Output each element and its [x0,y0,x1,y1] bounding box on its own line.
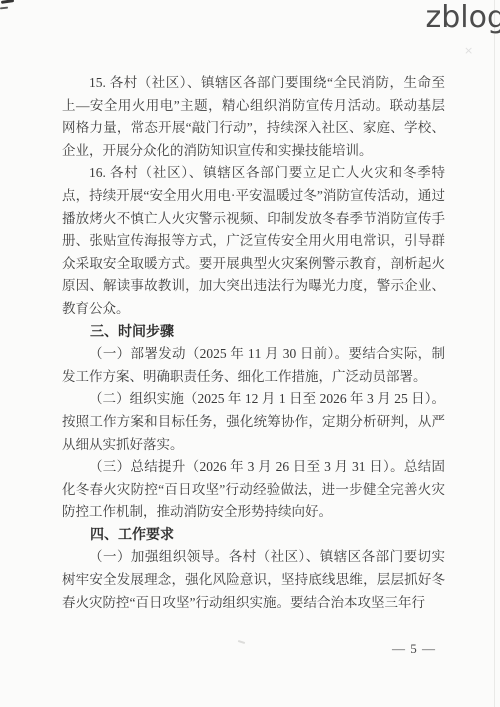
phase-1-lead: （一）部署发动（2025 年 11 月 30 日前）。 [89,346,349,361]
scanned-document-page: × zblog 15. 各村（社区）、镇辖区各部门要围绕“全民消防，生命至上—安… [0,0,500,707]
document-body: 15. 各村（社区）、镇辖区各部门要围绕“全民消防，生命至上—安全用火用电”主题… [62,72,445,614]
paragraph-phase-1: （一）部署发动（2025 年 11 月 30 日前）。要结合实际，制发工作方案、… [62,343,445,388]
zblog-watermark: zblog [425,1,500,34]
scan-speck [238,640,245,644]
scan-edge-line [494,0,495,707]
phase-3-lead: （三）总结提升（2026 年 3 月 26 日至 3 月 31 日）。 [89,459,404,474]
paragraph-item-16: 16. 各村（社区）、镇辖区各部门要立足亡人火灾和冬季特点，持续开展“安全用火用… [62,162,445,320]
paragraph-phase-3: （三）总结提升（2026 年 3 月 26 日至 3 月 31 日）。总结固化冬… [62,456,445,524]
paragraph-item-15: 15. 各村（社区）、镇辖区各部门要围绕“全民消防，生命至上—安全用火用电”主题… [62,72,445,162]
corner-scribble-mark [0,7,8,10]
phase-2-text: 按照工作方案和目标任务，强化统筹协作，定期分析研判，从严从细从实抓好落实。 [62,414,445,452]
paragraph-requirement-1: （一）加强组织领导。各村（社区）、镇辖区各部门要切实树牢安全发展理念，强化风险意… [62,546,445,614]
scan-speck: × [464,44,473,57]
paragraph-phase-2: （二）组织实施（2025 年 12 月 1 日至 2026 年 3 月 25 日… [62,388,445,456]
section-heading-timeline: 三、时间步骤 [62,321,445,344]
section-heading-requirements: 四、工作要求 [62,524,445,547]
phase-2-lead: （二）组织实施（2025 年 12 月 1 日至 2026 年 3 月 25 日… [89,391,445,406]
corner-scribble-mark [1,0,14,4]
requirement-1-lead: （一）加强组织领导。 [89,549,229,564]
page-number: — 5 — [392,641,444,657]
